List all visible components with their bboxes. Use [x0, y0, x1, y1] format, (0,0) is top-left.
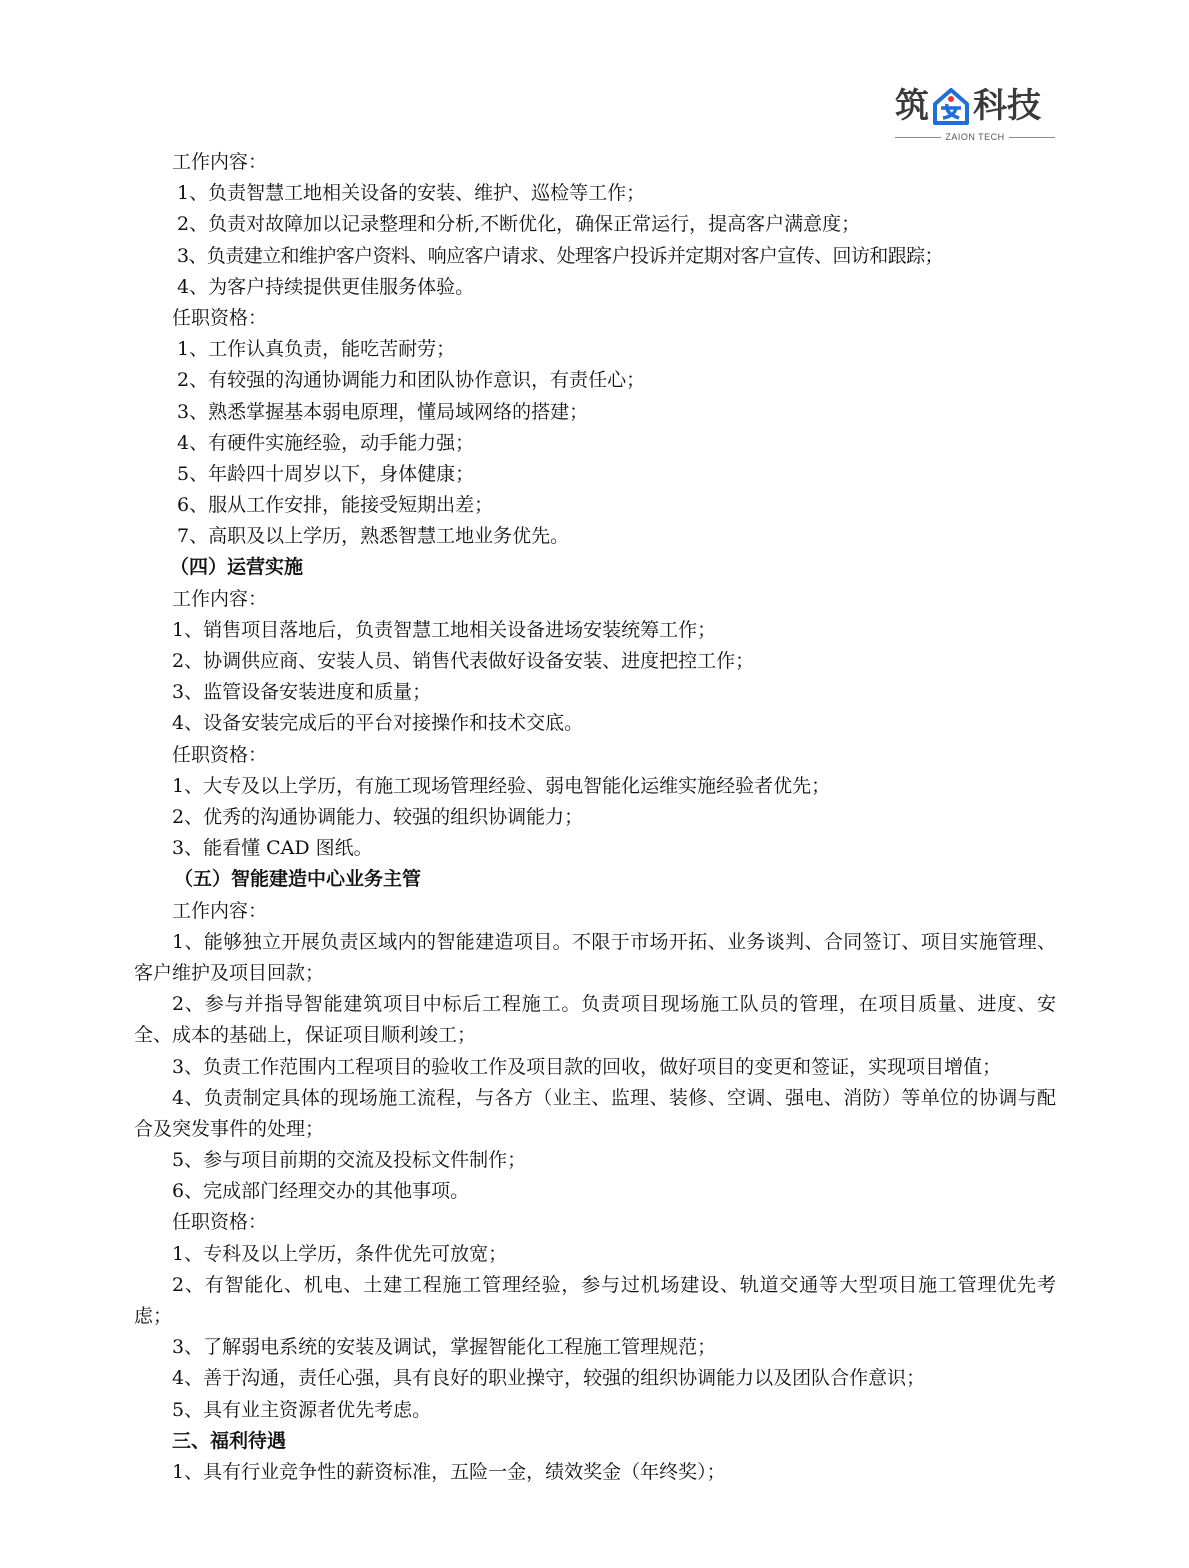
list-item: 2、优秀的沟通协调能力、较强的组织协调能力；	[134, 802, 1056, 833]
paragraph-item: 2、有智能化、机电、土建工程施工管理经验，参与过机场建设、轨道交通等大型项目施工…	[134, 1270, 1056, 1332]
work-content-label: 工作内容：	[134, 147, 1056, 178]
list-item: 2、负责对故障加以记录整理和分析,不断优化，确保正常运行，提高客户满意度；	[134, 209, 1056, 240]
logo-subtitle: ZAION TECH	[945, 132, 1004, 142]
paragraph-item: 1、能够独立开展负责区域内的智能建造项目。不限于市场开拓、业务谈判、合同签订、项…	[134, 927, 1056, 989]
work-content-label: 工作内容：	[134, 584, 1056, 615]
list-item: 3、负责建立和维护客户资料、响应客户请求、处理客户投诉并定期对客户宣传、回访和跟…	[134, 241, 1056, 272]
logo-divider-right	[1009, 137, 1055, 138]
qualifications-label: 任职资格：	[134, 303, 1056, 334]
paragraph-item: 2、参与并指导智能建筑项目中标后工程施工。负责项目现场施工队员的管理，在项目质量…	[134, 989, 1056, 1051]
section-heading-operations: （四）运营实施	[134, 552, 1056, 583]
qualifications-label: 任职资格：	[134, 1207, 1056, 1238]
list-item: 2、协调供应商、安装人员、销售代表做好设备安装、进度把控工作；	[134, 646, 1056, 677]
logo-divider-left	[895, 137, 941, 138]
section-heading-smart-construction: （五）智能建造中心业务主管	[134, 864, 1056, 895]
paragraph-item: 4、负责制定具体的现场施工流程，与各方（业主、监理、装修、空调、强电、消防）等单…	[134, 1083, 1056, 1145]
qualifications-label: 任职资格：	[134, 740, 1056, 771]
list-item: 1、大专及以上学历，有施工现场管理经验、弱电智能化运维实施经验者优先；	[134, 771, 1056, 802]
list-item: 3、熟悉掌握基本弱电原理，懂局域网络的搭建；	[134, 397, 1056, 428]
list-item: 1、负责智慧工地相关设备的安装、维护、巡检等工作；	[134, 178, 1056, 209]
list-item: 1、专科及以上学历，条件优先可放宽；	[134, 1239, 1056, 1270]
list-item: 4、为客户持续提供更佳服务体验。	[134, 272, 1056, 303]
list-item: 3、能看懂 CAD 图纸。	[134, 833, 1056, 864]
list-item: 2、有较强的沟通协调能力和团队协作意识，有责任心；	[134, 365, 1056, 396]
list-item: 1、工作认真负责，能吃苦耐劳；	[134, 334, 1056, 365]
logo-char-zhu: 筑	[895, 84, 929, 128]
document-body: 工作内容： 1、负责智慧工地相关设备的安装、维护、巡检等工作； 2、负责对故障加…	[134, 147, 1056, 1488]
section-heading-benefits: 三、福利待遇	[134, 1426, 1056, 1457]
list-item: 4、设备安装完成后的平台对接操作和技术交底。	[134, 708, 1056, 739]
list-item: 1、具有行业竞争性的薪资标准，五险一金，绩效奖金（年终奖）；	[134, 1457, 1056, 1488]
list-item: 5、年龄四十周岁以下，身体健康；	[134, 459, 1056, 490]
company-logo: 筑 科技 ZAION TECH	[895, 84, 1055, 148]
work-content-label: 工作内容：	[134, 896, 1056, 927]
list-item: 7、高职及以上学历，熟悉智慧工地业务优先。	[134, 521, 1056, 552]
paragraph-item: 3、负责工作范围内工程项目的验收工作及项目款的回收，做好项目的变更和签证，实现项…	[134, 1052, 1056, 1083]
house-an-icon	[931, 86, 971, 126]
list-item: 6、服从工作安排，能接受短期出差；	[134, 490, 1056, 521]
list-item: 4、善于沟通，责任心强，具有良好的职业操守，较强的组织协调能力以及团队合作意识；	[134, 1363, 1056, 1394]
list-item: 5、参与项目前期的交流及投标文件制作；	[134, 1145, 1056, 1176]
list-item: 1、销售项目落地后，负责智慧工地相关设备进场安装统筹工作；	[134, 615, 1056, 646]
list-item: 5、具有业主资源者优先考虑。	[134, 1395, 1056, 1426]
list-item: 3、了解弱电系统的安装及调试，掌握智能化工程施工管理规范；	[134, 1332, 1056, 1363]
logo-chars-keji: 科技	[973, 84, 1041, 128]
list-item: 6、完成部门经理交办的其他事项。	[134, 1176, 1056, 1207]
list-item: 4、有硬件实施经验，动手能力强；	[134, 428, 1056, 459]
list-item: 3、监管设备安装进度和质量；	[134, 677, 1056, 708]
